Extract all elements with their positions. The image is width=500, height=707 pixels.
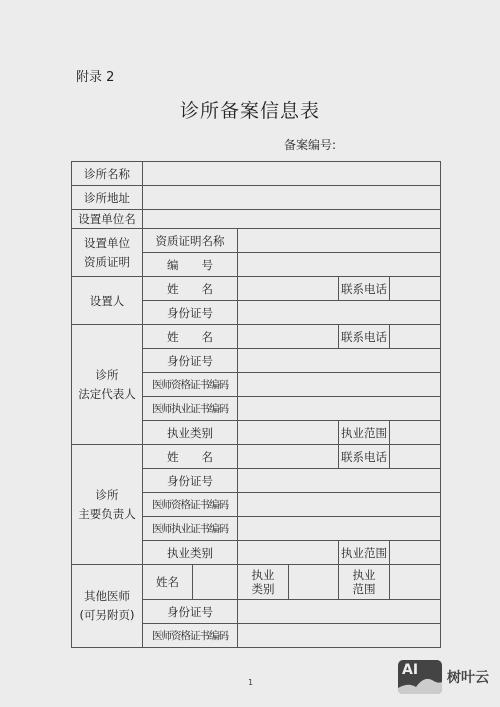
legal-rep-name-field[interactable] xyxy=(238,325,339,349)
legal-rep-id-field[interactable] xyxy=(238,349,441,373)
other-doctors-label: 其他医师 (可另附页) xyxy=(72,565,143,648)
other-category-label: 执业 类别 xyxy=(238,565,289,600)
setup-unit-label: 设置单位名 xyxy=(72,210,143,229)
legal-rep-phone-field[interactable] xyxy=(390,325,441,349)
other-category-field[interactable] xyxy=(289,565,339,600)
legal-rep-practice-label: 医师执业证书编码 xyxy=(143,397,238,421)
other-id-field[interactable] xyxy=(238,600,441,624)
principal-name-label: 姓 名 xyxy=(143,445,238,469)
appendix-label: 附录 2 xyxy=(76,66,114,85)
setter-name-label: 姓 名 xyxy=(143,277,238,301)
principal-qual-label: 医师资格证书编码 xyxy=(143,493,238,517)
principal-phone-label: 联系电话 xyxy=(339,445,390,469)
setter-phone-field[interactable] xyxy=(390,277,441,301)
cert-number-label: 编 号 xyxy=(143,253,238,277)
cert-name-label: 资质证明名称 xyxy=(143,229,238,253)
other-qual-field[interactable] xyxy=(238,624,441,648)
principal-qual-field[interactable] xyxy=(238,493,441,517)
legal-rep-name-label: 姓 名 xyxy=(143,325,238,349)
clinic-record-form: 诊所名称 诊所地址 设置单位名 设置单位 资质证明 资质证明名称 编 号 设置人… xyxy=(71,161,441,648)
setter-name-field[interactable] xyxy=(238,277,339,301)
cert-number-field[interactable] xyxy=(238,253,441,277)
clinic-name-field[interactable] xyxy=(143,162,441,186)
setup-unit-field[interactable] xyxy=(143,210,441,229)
principal-label: 诊所 主要负责人 xyxy=(72,445,143,565)
clinic-address-field[interactable] xyxy=(143,186,441,210)
principal-category-label: 执业类别 xyxy=(143,541,238,565)
watermark-logo-icon: AI xyxy=(398,660,442,694)
legal-rep-scope-field[interactable] xyxy=(390,421,441,445)
setter-id-label: 身份证号 xyxy=(143,301,238,325)
legal-rep-id-label: 身份证号 xyxy=(143,349,238,373)
cert-name-field[interactable] xyxy=(238,229,441,253)
principal-id-label: 身份证号 xyxy=(143,469,238,493)
qualification-label: 设置单位 资质证明 xyxy=(72,229,143,277)
other-name-field[interactable] xyxy=(193,565,238,600)
principal-name-field[interactable] xyxy=(238,445,339,469)
principal-id-field[interactable] xyxy=(238,469,441,493)
other-name-label: 姓名 xyxy=(143,565,193,600)
legal-rep-category-label: 执业类别 xyxy=(143,421,238,445)
legal-rep-practice-field[interactable] xyxy=(238,397,441,421)
legal-rep-scope-label: 执业范围 xyxy=(339,421,390,445)
record-number-label: 备案编号: xyxy=(284,136,336,153)
page-title: 诊所备案信息表 xyxy=(0,96,500,123)
principal-scope-label: 执业范围 xyxy=(339,541,390,565)
setter-label: 设置人 xyxy=(72,277,143,325)
legal-rep-qual-field[interactable] xyxy=(238,373,441,397)
principal-phone-field[interactable] xyxy=(390,445,441,469)
legal-rep-phone-label: 联系电话 xyxy=(339,325,390,349)
other-scope-label: 执业 范围 xyxy=(339,565,390,600)
watermark-text: 树叶云 xyxy=(447,667,489,687)
clinic-name-label: 诊所名称 xyxy=(72,162,143,186)
watermark: AI 树叶云 xyxy=(398,660,489,694)
clinic-address-label: 诊所地址 xyxy=(72,186,143,210)
legal-rep-qual-label: 医师资格证书编码 xyxy=(143,373,238,397)
legal-rep-label: 诊所 法定代表人 xyxy=(72,325,143,445)
page-number: 1 xyxy=(248,678,253,687)
principal-scope-field[interactable] xyxy=(390,541,441,565)
principal-category-field[interactable] xyxy=(238,541,339,565)
principal-practice-label: 医师执业证书编码 xyxy=(143,517,238,541)
setter-id-field[interactable] xyxy=(238,301,441,325)
principal-practice-field[interactable] xyxy=(238,517,441,541)
other-qual-label: 医师资格证书编码 xyxy=(143,624,238,648)
setter-phone-label: 联系电话 xyxy=(339,277,390,301)
legal-rep-category-field[interactable] xyxy=(238,421,339,445)
other-id-label: 身份证号 xyxy=(143,600,238,624)
other-scope-field[interactable] xyxy=(390,565,441,600)
